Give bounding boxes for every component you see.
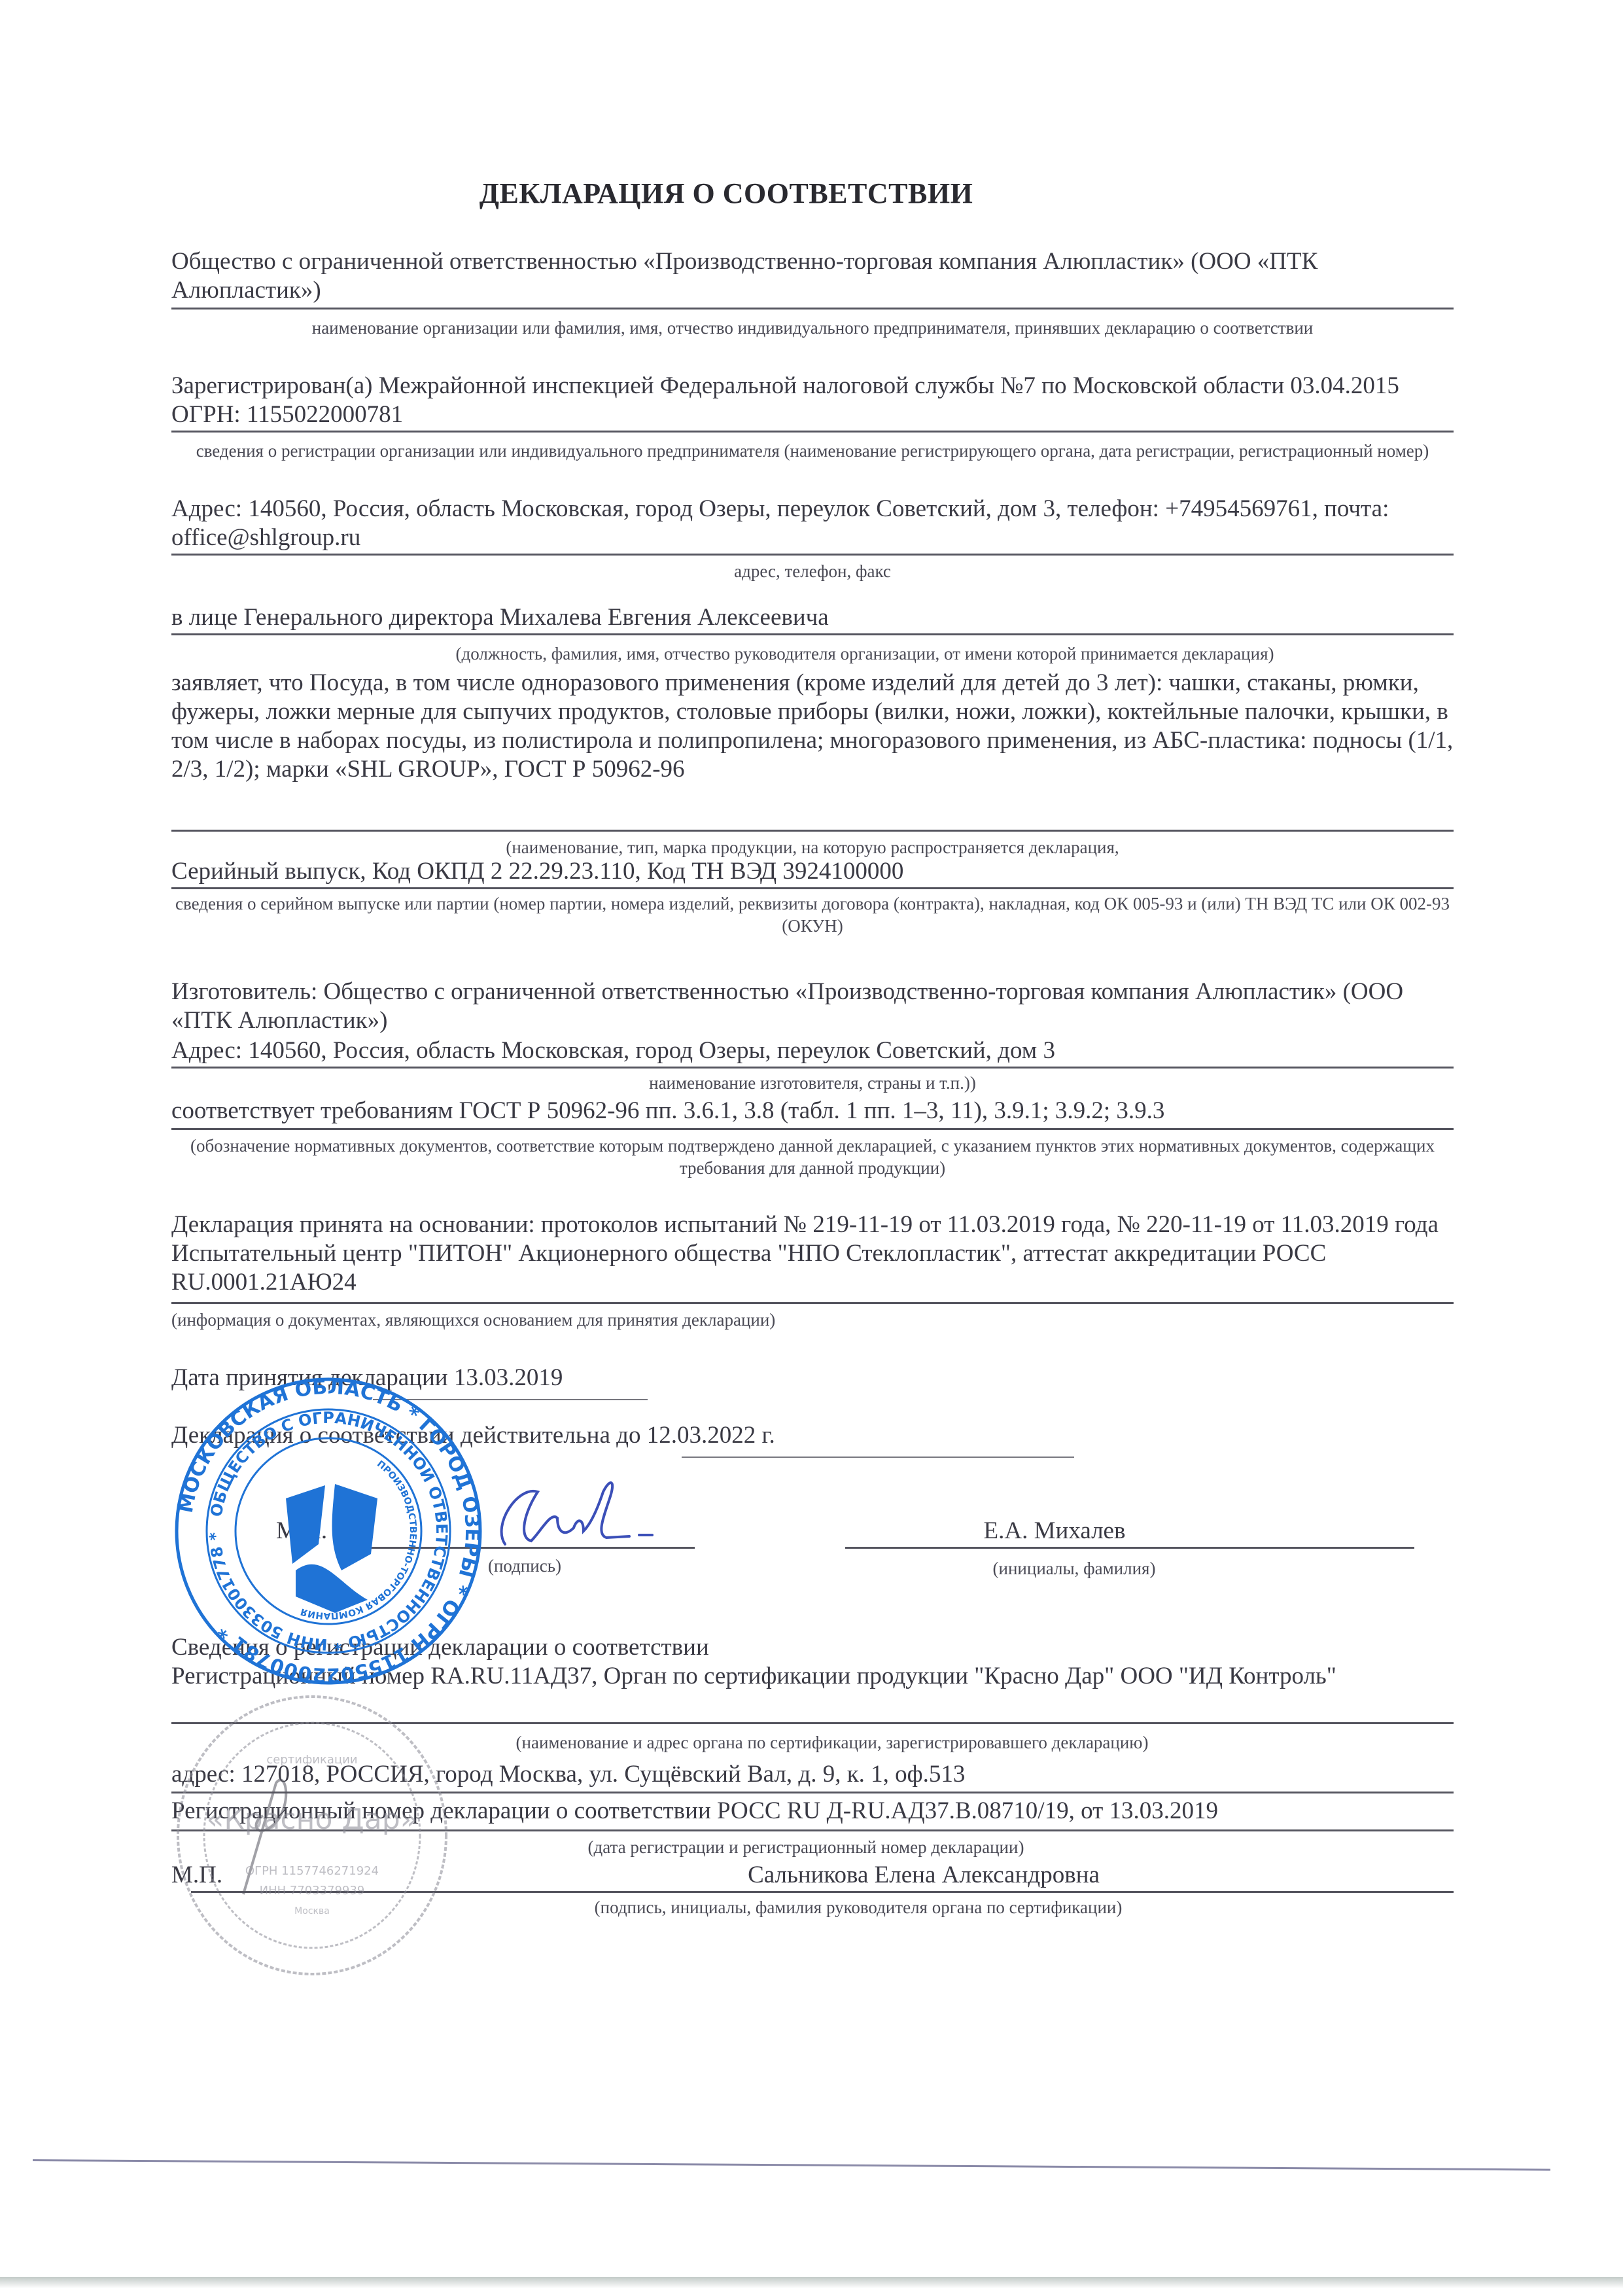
basis-caption: (информация о документах, являющихся осн… — [171, 1309, 1454, 1331]
divider — [171, 1128, 1454, 1130]
signature-scribble-icon — [479, 1472, 675, 1557]
applicant-name: Общество с ограниченной ответственностью… — [171, 247, 1454, 305]
certifier-head-caption: (подпись, инициалы, фамилия руководителя… — [498, 1896, 1218, 1918]
signatory-name: Е.А. Михалев — [826, 1517, 1283, 1545]
conformity-caption: (обозначение нормативных документов, соо… — [171, 1135, 1454, 1179]
divider — [171, 1067, 1454, 1069]
divider — [171, 633, 1454, 635]
certifier-stamp-icon: сертификации «Красно Дар» ОГРН 115774627… — [171, 1691, 453, 1979]
registration-info: Зарегистрирован(а) Межрайонной инспекцие… — [171, 372, 1454, 429]
divider — [171, 830, 1454, 832]
signatory-caption: (инициалы, фамилия) — [891, 1557, 1257, 1580]
divider — [171, 887, 1454, 889]
divider — [845, 1547, 1414, 1549]
divider — [171, 1302, 1454, 1304]
divider — [171, 308, 1454, 309]
applicant-address: Адрес: 140560, Россия, область Московска… — [171, 495, 1454, 552]
divider — [171, 431, 1454, 433]
divider — [171, 554, 1454, 556]
declaration-basis: Декларация принята на основании: протоко… — [171, 1210, 1454, 1297]
product-caption: (наименование, тип, марка продукции, на … — [171, 836, 1454, 858]
svg-text:ОГРН 1157746271924: ОГРН 1157746271924 — [245, 1864, 379, 1878]
product-description: заявляет, что Посуда, в том числе однора… — [171, 669, 1454, 784]
svg-text:сертификации: сертификации — [266, 1753, 357, 1767]
address-caption: адрес, телефон, факс — [171, 560, 1454, 582]
scan-edge — [0, 2277, 1623, 2296]
svg-text:«Красно Дар»: «Красно Дар» — [206, 1803, 417, 1836]
serial-caption: сведения о серийном выпуске или партии (… — [171, 892, 1454, 937]
manufacturer-caption: наименование изготовителя, страны и т.п.… — [171, 1072, 1454, 1094]
decl-number-caption: (дата регистрации и регистрационный номе… — [512, 1836, 1100, 1858]
document-title: ДЕКЛАРАЦИЯ О СООТВЕТСТВИИ — [0, 177, 1452, 210]
divider — [682, 1457, 1074, 1458]
certifier-head-name: Сальникова Елена Александровна — [629, 1861, 1218, 1890]
applicant-caption: наименование организации или фамилия, им… — [171, 317, 1454, 339]
svg-text:Москва: Москва — [294, 1906, 330, 1916]
registration-caption: сведения о регистрации организации или и… — [171, 440, 1454, 462]
serial-info: Серийный выпуск, Код ОКПД 2 22.29.23.110… — [171, 857, 1454, 886]
manufacturer-address: Адрес: 140560, Россия, область Московска… — [171, 1036, 1454, 1065]
manufacturer-name: Изготовитель: Общество с ограниченной от… — [171, 978, 1454, 1035]
representative-caption: (должность, фамилия, имя, отчество руков… — [171, 643, 1454, 665]
company-stamp-icon: МОСКОВСКАЯ ОБЛАСТЬ * ГОРОД ОЗЕРЫ * ОГРН … — [171, 1374, 485, 1688]
conformity-standards: соответствует требованиям ГОСТ Р 50962-9… — [171, 1097, 1454, 1125]
svg-text:ИНН 7703379939: ИНН 7703379939 — [260, 1884, 365, 1898]
scan-artifact-line — [33, 2159, 1550, 2171]
representative: в лице Генерального директора Михалева Е… — [171, 603, 1454, 632]
